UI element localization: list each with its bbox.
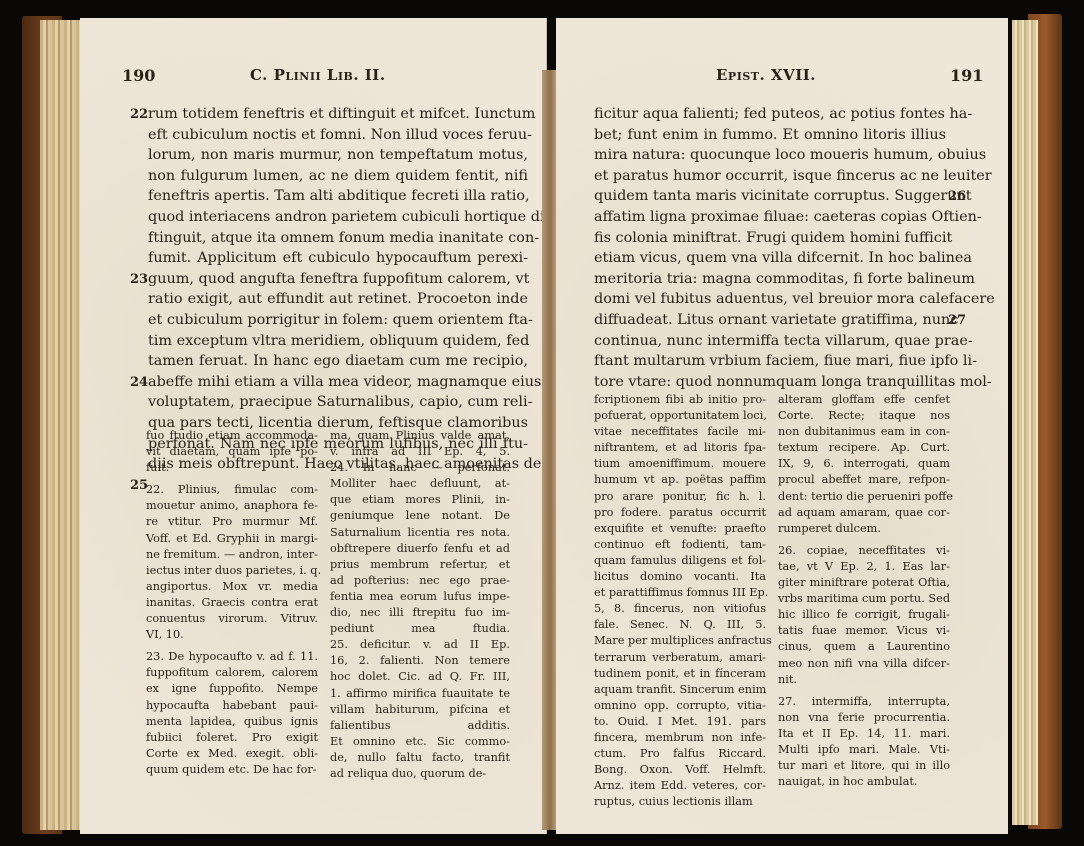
running-head: C. Plinii Lib. II. — [250, 66, 386, 84]
text-line: diffuadeat. Litus ornant varietate grati… — [594, 310, 946, 331]
text-line: Corte. Recte; itaque nos — [778, 408, 950, 424]
text-line: mira natura: quocunque loco moueris humu… — [594, 145, 946, 166]
text-line: humum vt ap. poëtas paffim — [594, 472, 766, 488]
text-line: ad aquam amaram, quae cor- — [778, 505, 950, 521]
text-line: conuentus virorum. Vitruv. — [146, 611, 318, 627]
text-line: ratio exigit, aut effundit aut retinet. … — [148, 289, 528, 310]
text-line: continuo eft fodienti, tam- — [594, 537, 766, 553]
footnotes-column-2: ma, quam Plinius valde amat,v. infra ad … — [330, 428, 510, 782]
text-line: tae, vt V Ep. 2, 1. Eas lar- — [778, 559, 950, 575]
text-line: ftant multarum vrbium faciem, fiue mari,… — [594, 351, 946, 372]
text-line: prius membrum refertur, et — [330, 557, 510, 573]
text-line: que etiam mores Plinii, in- — [330, 492, 510, 508]
text-line: v. infra ad III Ep. 4, 5. — [330, 444, 510, 460]
text-line: to. Ouid. I Met. 191. pars — [594, 714, 766, 730]
text-line: etiam vicus, quem vna villa difcernit. I… — [594, 248, 946, 269]
text-line: nit. — [778, 672, 950, 688]
text-line: rumperet dulcem. — [778, 521, 950, 537]
footnotes-column-1: fuo ftudio etiam accommoda-vit diaetam, … — [146, 428, 318, 778]
page-number: 190 — [122, 66, 155, 85]
text-line: cinus, quem a Laurentino — [778, 639, 950, 655]
text-line: omnino opp. corrupto, vitia- — [594, 698, 766, 714]
text-line: rum totidem feneftris et diftinguit et m… — [148, 104, 528, 125]
text-line: IX, 9, 6. interrogati, quam — [778, 456, 950, 472]
text-line: vrbs maritima cum portu. Sed — [778, 591, 950, 607]
right-page-edges — [1012, 20, 1038, 825]
text-line: 1. affirmo mirifica fuauitate te — [330, 686, 510, 702]
text-line: lorum, non maris murmur, non tempeftatum… — [148, 145, 528, 166]
main-text: rum totidem feneftris et diftinguit et m… — [148, 104, 528, 475]
text-line: ctum. Pro falfus Riccard. — [594, 746, 766, 762]
text-line: et paratus humor occurrit, isque finceru… — [594, 166, 946, 187]
text-line: guum, quod angufta feneftra fuppofitum c… — [148, 269, 528, 290]
text-line: abeffe mihi etiam a villa mea videor, ma… — [148, 372, 528, 393]
text-line: villam habiturum, pifcina et — [330, 702, 510, 718]
text-line: exquifite et venufte: praefto — [594, 521, 766, 537]
text-line: tamen feruat. In hanc ego diaetam cum me… — [148, 351, 528, 372]
text-line: procul abeffet mare, refpon- — [778, 472, 950, 488]
text-line: ad reliqua duo, quorum de- — [330, 766, 510, 782]
text-line: iectus inter duos parietes, i. q. — [146, 563, 318, 579]
text-line: tium amoeniffimum. mouere — [594, 456, 766, 472]
text-line: re vtitur. Pro murmur Mf. — [146, 514, 318, 530]
text-line: 16, 2. falienti. Non temere — [330, 653, 510, 669]
text-line: licitus domino vocanti. Ita — [594, 569, 766, 585]
text-line: fubiici foleret. Pro exigit — [146, 730, 318, 746]
text-line: voluptatem, praecipue Saturnalibus, capi… — [148, 392, 528, 413]
text-line: falientibus additis. — [330, 718, 510, 734]
text-line: ex igne fuppofito. Nempe — [146, 681, 318, 697]
text-line: mouetur animo, anaphora fe- — [146, 498, 318, 514]
text-line: et parattiffimus fomnus III Ep. — [594, 585, 766, 601]
text-line: angiportus. Mox vr. media — [146, 579, 318, 595]
text-line: non vna ferie procurrentia. — [778, 710, 950, 726]
text-line: tur mari et litore, qui in illo — [778, 758, 950, 774]
text-line: Mare per multiplices anfractus — [594, 633, 766, 649]
margin-number: 26 — [948, 189, 966, 204]
text-line: fcriptionem fibi ab initio pro- — [594, 392, 766, 408]
text-line: pro arare ponitur, fic h. l. — [594, 489, 766, 505]
text-line: bet; funt enim in fummo. Et omnino litor… — [594, 125, 946, 146]
text-line: alteram gloffam effe cenfet — [778, 392, 950, 408]
text-line: pofuerat, opportunitatem loci, — [594, 408, 766, 424]
text-line: obftrepere diuerfo fenfu et ad — [330, 541, 510, 557]
text-line: Corte ex Med. exegit. obli- — [146, 746, 318, 762]
text-line: 25. deficitur. v. ad II Ep. — [330, 637, 510, 653]
margin-number: 24 — [130, 375, 148, 390]
text-line: non dubitanimus eam in con- — [778, 424, 950, 440]
text-line: ftinguit, atque ita omnem fonum media in… — [148, 228, 528, 249]
text-line: fis colonia miniftrat. Frugi quidem homi… — [594, 228, 946, 249]
text-line: ficitur aqua falienti; fed puteos, ac po… — [594, 104, 946, 125]
text-line: giter miniftrare poterat Oftia, — [778, 575, 950, 591]
text-line: hypocaufta habebant paui- — [146, 698, 318, 714]
page-number: 191 — [950, 66, 983, 85]
text-line: ne fremitum. — andron, inter- — [146, 547, 318, 563]
text-line: meo non nifi vna villa difcer- — [778, 656, 950, 672]
text-line: 5, 8. fincerus, non vitiofus — [594, 601, 766, 617]
text-line: Arnz. item Edd. veteres, cor- — [594, 778, 766, 794]
text-line: continua, nunc intermiffa tecta villarum… — [594, 331, 946, 352]
text-line: 27. intermiffa, interrupta, — [778, 694, 950, 710]
text-line: hic illico fe corrigit, frugali- — [778, 607, 950, 623]
text-line: ruptus, cuius lectionis illam — [594, 794, 766, 810]
right-page: Epist. XVII. 191 ficitur aqua falienti; … — [556, 18, 1008, 834]
text-line: Multi ipfo mari. Male. Vti- — [778, 742, 950, 758]
margin-number: 23 — [130, 272, 148, 287]
text-line: ma, quam Plinius valde amat, — [330, 428, 510, 444]
text-line: Molliter haec defluunt, at- — [330, 476, 510, 492]
text-line: tudinem ponit, et in fínceram — [594, 666, 766, 682]
text-line: pro fodere. paratus occurrit — [594, 505, 766, 521]
text-line: 26. copiae, neceffitates vi- — [778, 543, 950, 559]
margin-number: 27 — [948, 313, 966, 328]
text-line: vit diaetam, quam ipfe po- — [146, 444, 318, 460]
text-line: domi vel fubitus aduentus, vel breuior m… — [594, 289, 946, 310]
text-line: aquam tranfit. Sincerum enim — [594, 682, 766, 698]
text-line: Saturnalium licentia res nota. — [330, 525, 510, 541]
text-line: fuppofitum calorem, calorem — [146, 665, 318, 681]
text-line: non fulgurum lumen, ac ne diem quidem fe… — [148, 166, 528, 187]
text-line: Et omnino etc. Sic commo- — [330, 734, 510, 750]
margin-number: 22 — [130, 107, 148, 122]
text-line: 24. In hanc — perfonat. — [330, 460, 510, 476]
footnotes-column-1: fcriptionem fibi ab initio pro-pofuerat,… — [594, 392, 766, 810]
text-line: geniumque lene notant. De — [330, 508, 510, 524]
text-line: terrarum verberatum, amari- — [594, 650, 766, 666]
text-line: affatim ligna proximae filuae: caeteras … — [594, 207, 946, 228]
text-line: tore vtare: quod nonnumquam longa tranqu… — [594, 372, 946, 393]
text-line: eft cubiculum noctis et fomni. Non illud… — [148, 125, 528, 146]
text-line: fentia mea eorum lufus impe- — [330, 589, 510, 605]
text-line: Voff. et Ed. Gryphii in margi- — [146, 531, 318, 547]
text-line: fumit. Applicitum eft cubiculo hypocauft… — [148, 248, 528, 269]
left-page: 190 C. Plinii Lib. II. rum totidem fenef… — [80, 18, 547, 834]
running-head: Epist. XVII. — [716, 66, 816, 84]
footnotes-column-2: alteram gloffam effe cenfetCorte. Recte;… — [778, 392, 950, 790]
text-line: Ita et II Ep. 14, 11. mari. — [778, 726, 950, 742]
main-text: ficitur aqua falienti; fed puteos, ac po… — [594, 104, 946, 392]
text-line: 23. De hypocaufto v. ad f. 11. — [146, 649, 318, 665]
text-line: dio, nec illi ftrepitu fuo im- — [330, 605, 510, 621]
text-line: hoc dolet. Cic. ad Q. Fr. III, — [330, 669, 510, 685]
text-line: fale. Senec. N. Q. III, 5. — [594, 617, 766, 633]
text-line: feneftris apertis. Tam alti abditique fe… — [148, 186, 528, 207]
text-line: meritoria tria: magna commoditas, fi for… — [594, 269, 946, 290]
text-line: quod interiacens andron parietem cubicul… — [148, 207, 528, 228]
text-line: fuit. — [146, 460, 318, 476]
text-line: VI, 10. — [146, 627, 318, 643]
text-line: ad pofterius: nec ego prae- — [330, 573, 510, 589]
text-line: textum recipere. Ap. Curt. — [778, 440, 950, 456]
text-line: niftrantem, et ad litoris fpa- — [594, 440, 766, 456]
text-line: de, nullo faltu facto, tranfit — [330, 750, 510, 766]
text-line: Bong. Oxon. Voff. Helmft. — [594, 762, 766, 778]
text-line: fincera, membrum non infe- — [594, 730, 766, 746]
text-line: dent: tertio die perueniri poffe — [778, 489, 950, 505]
text-line: inanitas. Graecis contra erat — [146, 595, 318, 611]
text-line: nauigat, in hoc ambulat. — [778, 774, 950, 790]
text-line: quum quidem etc. De hac for- — [146, 762, 318, 778]
open-book: 190 C. Plinii Lib. II. rum totidem fenef… — [22, 12, 1062, 835]
text-line: 22. Plinius, fimulac com- — [146, 482, 318, 498]
text-line: et cubiculum porrigitur in folem: quem o… — [148, 310, 528, 331]
text-line: tatis fuae memor. Vicus vi- — [778, 623, 950, 639]
text-line: pediunt mea ftudia. — [330, 621, 510, 637]
text-line: quidem tanta maris vicinitate corruptus.… — [594, 186, 946, 207]
text-line: fuo ftudio etiam accommoda- — [146, 428, 318, 444]
text-line: menta lapidea, quibus ignis — [146, 714, 318, 730]
text-line: vitae neceffitates facile mi- — [594, 424, 766, 440]
text-line: tim exceptum vltra meridiem, obliquum qu… — [148, 331, 528, 352]
text-line: quam famulus diligens et fol- — [594, 553, 766, 569]
